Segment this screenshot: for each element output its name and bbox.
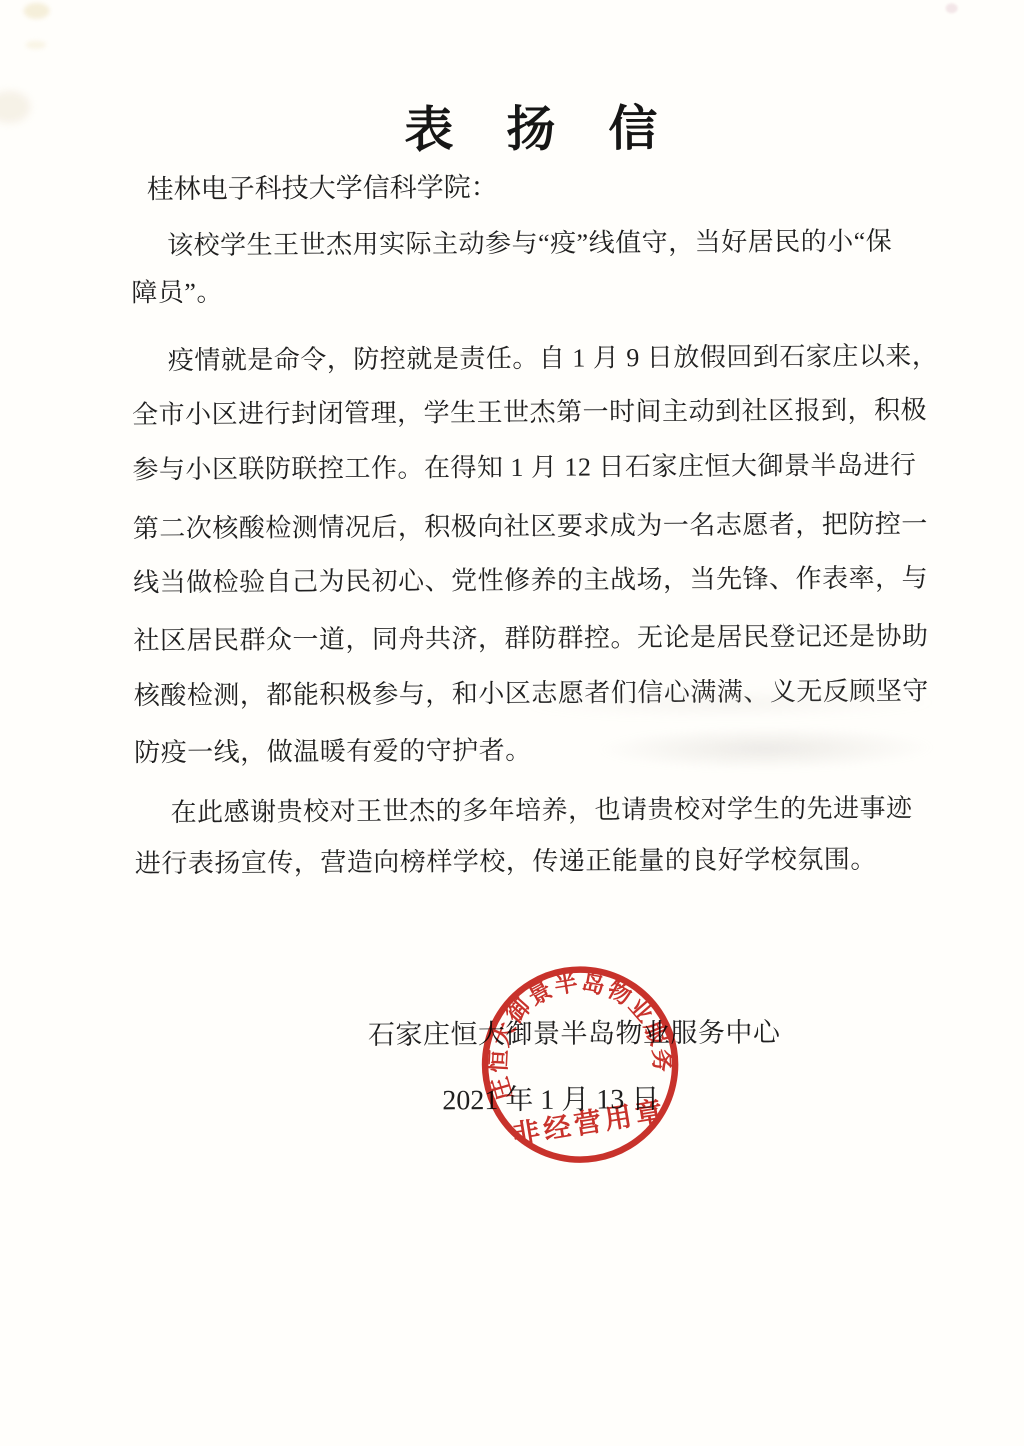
scan-artifact xyxy=(24,3,50,19)
body-line: 在此感谢贵校对王世杰的多年培养，也请贵校对学生的先进事迹 xyxy=(170,794,912,828)
seal-ring-text: 石家庄恒大御景半岛物业服务中心 xyxy=(461,945,679,1107)
letter-title: 表 扬 信 xyxy=(404,105,659,156)
scan-artifact xyxy=(596,725,936,771)
body-line: 参与小区联防联控工作。在得知 1 月 12 日石家庄恒大御景半岛进行 xyxy=(132,451,916,486)
body-line: 疫情就是命令，防控就是责任。自 1 月 9 日放假回到石家庄以来， xyxy=(168,341,939,376)
scan-artifact xyxy=(26,41,46,49)
body-line: 社区居民群众一道，同舟共济，群防群控。无论是居民登记还是协助 xyxy=(133,621,928,656)
seal-bottom-text: 非经营用章 xyxy=(511,1094,669,1150)
scanned-letter-page: 表 扬 信 桂林电子科技大学信科学院： 该校学生王世杰用实际主动参与“疫”线值守… xyxy=(0,0,1024,1446)
body-line: 进行表扬宣传，营造向榜样学校，传递正能量的良好学校氛围。 xyxy=(135,845,877,879)
body-line: 全市小区进行封闭管理，学生王世杰第一时间主动到社区报到，积极 xyxy=(132,395,927,430)
body-line: 第二次核酸检测情况后，积极向社区要求成为一名志愿者，把防控一 xyxy=(133,509,928,544)
body-line: 防疫一线，做温暖有爱的守护者。 xyxy=(134,736,532,768)
body-line: 该校学生王世杰用实际主动参与“疫”线值守，当好居民的小“保 xyxy=(167,227,892,261)
company-seal-stamp: 石家庄恒大御景半岛物业服务中心 非经营用章 xyxy=(461,945,700,1184)
body-line: 核酸检测，都能积极参与，和小区志愿者们信心满满、义无反顾坚守 xyxy=(134,676,929,711)
scan-artifact xyxy=(946,3,958,13)
scan-artifact xyxy=(0,91,30,123)
salutation-line: 桂林电子科技大学信科学院： xyxy=(147,173,498,205)
seal-graphic: 石家庄恒大御景半岛物业服务中心 非经营用章 xyxy=(461,945,700,1184)
body-line: 障员”。 xyxy=(131,278,223,308)
document-content: 表 扬 信 桂林电子科技大学信科学院： 该校学生王世杰用实际主动参与“疫”线值守… xyxy=(0,0,1024,1446)
body-line: 线当做检验自己为民初心、党性修养的主战场，当先锋、作表率，与 xyxy=(133,563,928,598)
